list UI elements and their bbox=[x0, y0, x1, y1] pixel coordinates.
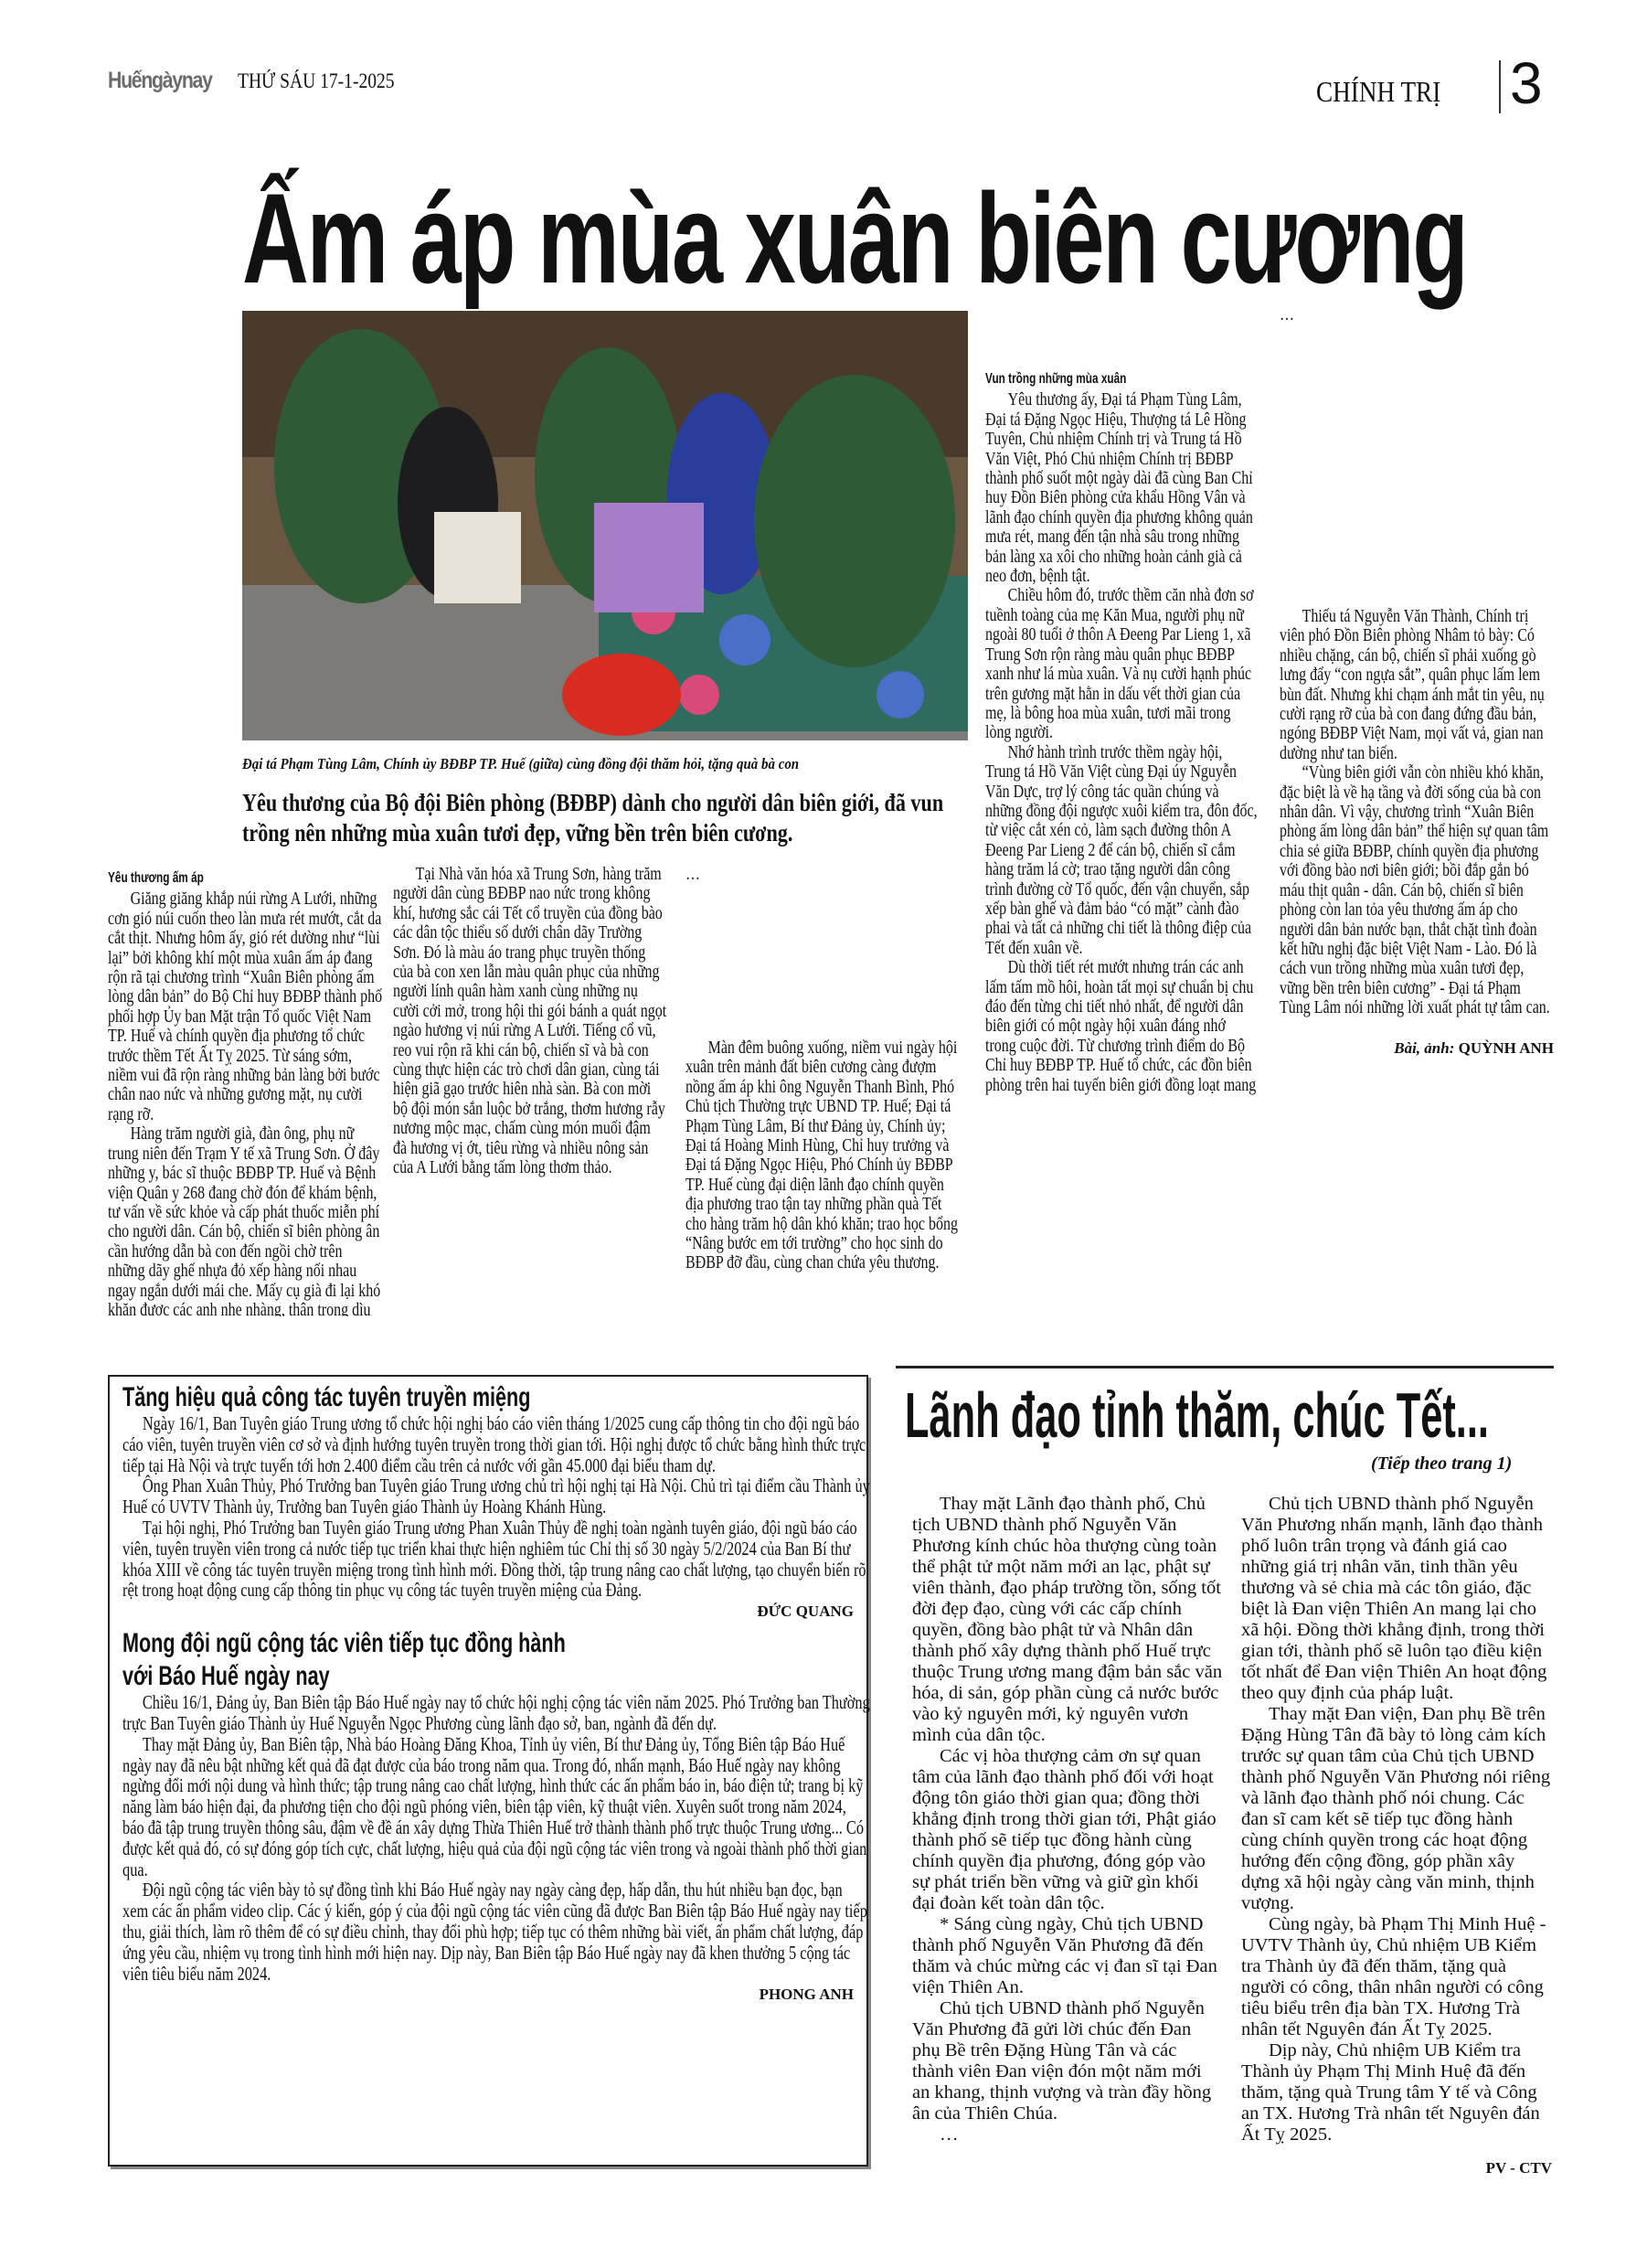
paragraph: Chủ tịch UBND thành phố Nguyễn Văn Phươn… bbox=[1241, 1494, 1552, 1704]
paragraph: Đội ngũ cộng tác viên bày tỏ sự đồng tìn… bbox=[122, 1879, 871, 1984]
photo-soldiers-visiting-elders-icon bbox=[242, 311, 968, 740]
brief-headline-2-line1: Mong đội ngũ cộng tác viên tiếp tục đồng… bbox=[122, 1628, 649, 1659]
paragraph-continued: … bbox=[685, 865, 960, 1038]
paragraph: Thay mặt Đảng ủy, Ban Biên tập, Nhà báo … bbox=[122, 1734, 871, 1880]
paragraph: Chiều hôm đó, trước thềm căn nhà đơn sơ … bbox=[985, 586, 1259, 742]
paragraph: Ngày 16/1, Ban Tuyên giáo Trung ương tổ … bbox=[122, 1413, 871, 1475]
paragraph: Chủ tịch UBND thành phố Nguyễn Văn Phươn… bbox=[912, 1998, 1223, 2124]
paragraph: Dù thời tiết rét mướt nhưng trán các anh… bbox=[985, 958, 1259, 1095]
main-column-5: … Thiếu tá Nguyễn Văn Thành, Chính trị v… bbox=[1280, 305, 1554, 1058]
paragraph: * Sáng cùng ngày, Chủ tịch UBND thành ph… bbox=[912, 1914, 1223, 1998]
paragraph: Thay mặt Đan viện, Đan phụ Bề trên Đặng … bbox=[1241, 1704, 1552, 1914]
paragraph: Yêu thương ấy, Đại tá Phạm Tùng Lâm, Đại… bbox=[985, 390, 1259, 586]
paragraph: Cùng ngày, bà Phạm Thị Minh Huệ - UVTV T… bbox=[1241, 1914, 1552, 2040]
brief-headline-2-line2: với Báo Huế ngày nay bbox=[122, 1661, 649, 1692]
section-rule bbox=[896, 1366, 1554, 1368]
paragraph: Tại hội nghị, Phó Trưởng ban Tuyên giáo … bbox=[122, 1517, 871, 1601]
side-column-1: Thay mặt Lãnh đạo thành phố, Chủ tịch UB… bbox=[912, 1494, 1223, 2146]
main-headline: Ấm áp mùa xuân biên cương bbox=[242, 170, 1110, 307]
main-column-2: Tại Nhà văn hóa xã Trung Sơn, hàng trăm … bbox=[393, 865, 667, 1349]
section-label: CHÍNH TRỊ bbox=[1316, 75, 1440, 109]
continued-from: (Tiếp theo trang 1) bbox=[1371, 1453, 1512, 1475]
main-column-4: Vun trồng những mùa xuân Yêu thương ấy, … bbox=[985, 305, 1259, 1095]
paragraph-start: … bbox=[912, 2124, 1223, 2146]
paragraph: Giăng giăng khắp núi rừng A Lưới, những … bbox=[108, 889, 382, 1124]
article-lead: Yêu thương của Bộ đội Biên phòng (BĐBP) … bbox=[242, 788, 977, 848]
paragraph: Tại Nhà văn hóa xã Trung Sơn, hàng trăm … bbox=[393, 865, 667, 1349]
brief-headline-1: Tăng hiệu quả công tác tuyên truyền miện… bbox=[122, 1382, 649, 1413]
news-brief-box: Tăng hiệu quả công tác tuyên truyền miện… bbox=[108, 1375, 868, 2167]
issue-date: THỨ SÁU 17-1-2025 bbox=[238, 69, 395, 93]
paragraph: Màn đêm buông xuống, niềm vui ngày hội x… bbox=[685, 1038, 960, 1331]
newspaper-logo: Huếngàynay bbox=[108, 68, 212, 94]
side-byline: PV - CTV bbox=[1241, 2158, 1552, 2177]
main-column-3: … Màn đêm buông xuống, niềm vui ngày hội… bbox=[685, 865, 960, 1331]
paragraph: Thiếu tá Nguyễn Văn Thành, Chính trị viê… bbox=[1280, 607, 1554, 763]
byline-author: QUỲNH ANH bbox=[1459, 1039, 1554, 1057]
subhead-vun-trong: Vun trồng những mùa xuân bbox=[985, 369, 1232, 389]
paragraph: Dịp này, Chủ nhiệm UB Kiểm tra Thành ủy … bbox=[1241, 2040, 1552, 2146]
brief-byline-2: PHONG ANH bbox=[122, 1986, 854, 2004]
paragraph: Ông Phan Xuân Thủy, Phó Trưởng ban Tuyên… bbox=[122, 1475, 871, 1517]
brief-body-1: Ngày 16/1, Ban Tuyên giáo Trung ương tổ … bbox=[122, 1413, 871, 1601]
paragraph: Thay mặt Lãnh đạo thành phố, Chủ tịch UB… bbox=[912, 1494, 1223, 1746]
paragraph-continued: … bbox=[1280, 305, 1554, 607]
section-divider bbox=[1499, 60, 1501, 113]
main-column-1: Yêu thương ấm áp Giăng giăng khắp núi rừ… bbox=[108, 865, 382, 1316]
side-column-2: Chủ tịch UBND thành phố Nguyễn Văn Phươn… bbox=[1241, 1494, 1552, 2177]
byline-prefix: Bài, ảnh: bbox=[1394, 1039, 1454, 1057]
photo-caption: Đại tá Phạm Tùng Lâm, Chính ủy BĐBP TP. … bbox=[242, 755, 886, 773]
subhead-yeu-thuong: Yêu thương ấm áp bbox=[108, 868, 355, 888]
paragraph: Hàng trăm người già, đàn ông, phụ nữ tru… bbox=[108, 1124, 382, 1316]
page-number: 3 bbox=[1510, 51, 1543, 115]
main-byline: Bài, ảnh: QUỲNH ANH bbox=[1280, 1038, 1554, 1058]
paragraph: “Vùng biên giới vẫn còn nhiều khó khăn, … bbox=[1280, 763, 1554, 1017]
brief-body-2: Chiều 16/1, Đảng ủy, Ban Biên tập Báo Hu… bbox=[122, 1692, 871, 1984]
side-headline: Lãnh đạo tỉnh thăm, chúc Tết... bbox=[905, 1380, 1489, 1450]
article-photo bbox=[242, 311, 968, 740]
paragraph: Các vị hòa thượng cảm ơn sự quan tâm của… bbox=[912, 1746, 1223, 1914]
paragraph: Nhớ hành trình trước thềm ngày hội, Trun… bbox=[985, 743, 1259, 958]
brief-byline-1: ĐỨC QUANG bbox=[122, 1603, 854, 1621]
paragraph: Chiều 16/1, Đảng ủy, Ban Biên tập Báo Hu… bbox=[122, 1692, 871, 1734]
